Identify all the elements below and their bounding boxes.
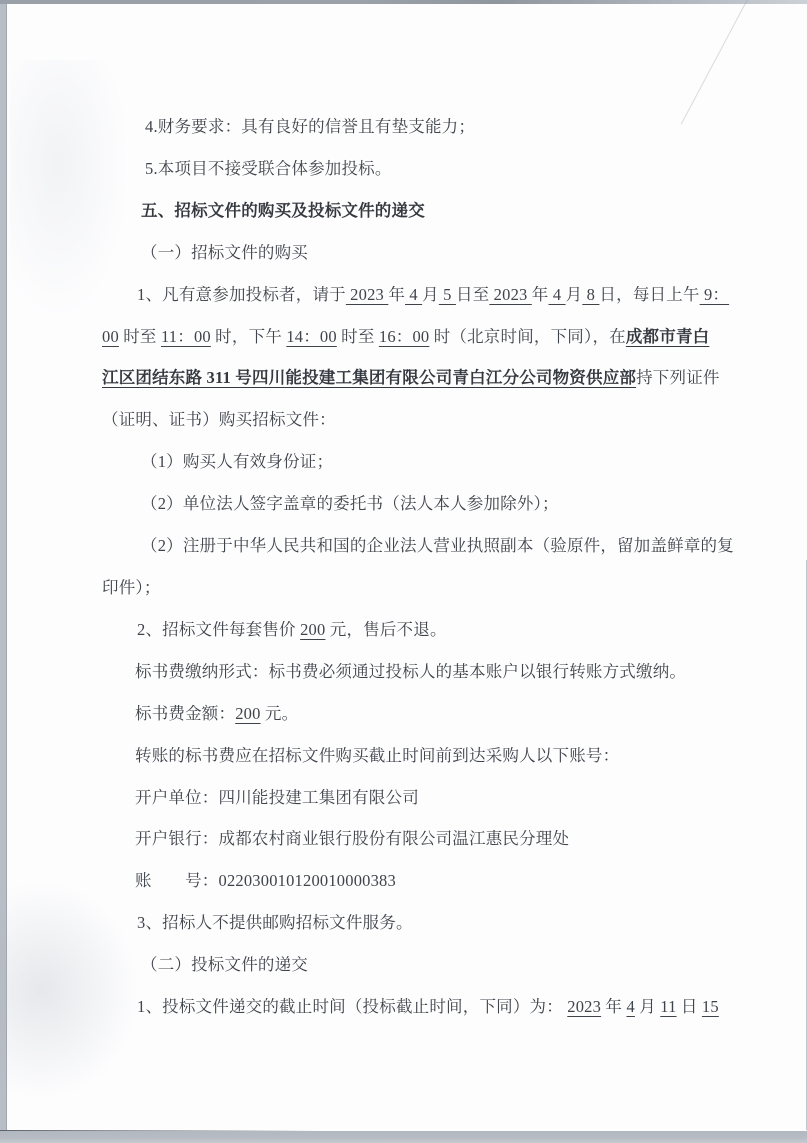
filled-blank: 200 <box>300 620 325 639</box>
text-run: （二）投标文件的递交 <box>141 955 308 974</box>
doc-line: 江区团结东路 311 号四川能投建工集团有限公司青白江分公司物资供应部持下列证件 <box>102 357 720 399</box>
doc-line: 开户银行：成都农村商业银行股份有限公司温江惠民分理处 <box>135 818 720 860</box>
doc-line: （二）投标文件的递交 <box>141 944 720 986</box>
scan-edge-top <box>0 0 807 4</box>
scanned-page: { "page": { "paper_color": "#fdfdfe", "s… <box>0 0 807 1143</box>
text-run: 时，下午 <box>211 327 286 346</box>
text-run: 1、凡有意参加投标者，请于 <box>137 285 346 304</box>
text-run: 年 <box>532 285 549 304</box>
doc-line: （证明、证书）购买招标文件： <box>102 399 720 441</box>
text-run: 账 号：022030010120010000383 <box>135 871 396 890</box>
document-body: 4.财务要求：具有良好的信誉且有垫支能力；5.本项目不接受联合体参加投标。五、招… <box>102 106 720 1028</box>
doc-line: （2）注册于中华人民共和国的企业法人营业执照副本（验原件，留加盖鲜章的复 <box>141 525 720 567</box>
text-run: （1）购买人有效身份证； <box>141 452 333 471</box>
text-run: 转账的标书费应在招标文件购买截止时间前到达采购人以下账号： <box>135 746 619 765</box>
text-run: 3、招标人不提供邮购招标文件服务。 <box>137 913 413 932</box>
text-run: 标书费缴纳形式：标书费必须通过投标人的基本账户以银行转账方式缴纳。 <box>135 662 686 681</box>
doc-line: 1、凡有意参加投标者，请于 2023 年 4 月 5 日至 2023 年 4 月… <box>137 274 720 316</box>
doc-line: 账 号：022030010120010000383 <box>135 860 720 902</box>
filled-blank: 16：00 <box>379 327 430 346</box>
text-run: 日至 <box>456 285 489 304</box>
text-run: 月 <box>635 997 660 1016</box>
text-run: 时（北京时间，下同），在 <box>429 327 625 346</box>
text-run: （证明、证书）购买招标文件： <box>102 410 336 429</box>
text-run: 年 <box>601 997 626 1016</box>
text-run: 元，售后不退。 <box>325 620 446 639</box>
text-run: 月 <box>422 285 439 304</box>
doc-line: 1、投标文件递交的截止时间（投标截止时间，下同）为： 2023 年 4 月 11… <box>137 986 720 1028</box>
doc-line: 五、招标文件的购买及投标文件的递交 <box>141 190 720 232</box>
text-run: 时至 <box>119 327 161 346</box>
text-run: （2）注册于中华人民共和国的企业法人营业执照副本（验原件，留加盖鲜章的复 <box>141 536 734 555</box>
filled-blank: 成都市青白 <box>626 327 710 346</box>
filled-blank: 200 <box>235 704 260 723</box>
filled-blank: 4 <box>405 285 422 304</box>
text-run: 持下列证件 <box>636 368 720 387</box>
doc-line: 开户单位：四川能投建工集团有限公司 <box>135 777 720 819</box>
filled-blank: 15 <box>702 997 719 1016</box>
filled-blank: 2023 <box>567 997 601 1016</box>
filled-blank: 2023 <box>489 285 531 304</box>
doc-line: （2）单位法人签字盖章的委托书（法人本人参加除外）； <box>141 483 720 525</box>
filled-blank: 9： <box>700 285 729 304</box>
text-run: 4.财务要求：具有良好的信誉且有垫支能力； <box>145 117 475 136</box>
doc-line: 3、招标人不提供邮购招标文件服务。 <box>137 902 720 944</box>
filled-blank: 8 <box>582 285 599 304</box>
doc-line: 标书费金额：200 元。 <box>135 693 720 735</box>
doc-line: 印件）； <box>102 567 720 609</box>
doc-line: 5.本项目不接受联合体参加投标。 <box>145 148 720 190</box>
doc-line: （一）招标文件的购买 <box>141 232 720 274</box>
filled-blank: 14：00 <box>286 327 337 346</box>
scan-edge-left <box>0 4 7 1130</box>
scan-edge-bottom <box>0 1131 807 1143</box>
doc-line: 转账的标书费应在招标文件购买截止时间前到达采购人以下账号： <box>135 735 720 777</box>
doc-line: 4.财务要求：具有良好的信誉且有垫支能力； <box>145 106 720 148</box>
text-run: 月 <box>566 285 583 304</box>
filled-blank: 11：00 <box>161 327 211 346</box>
filled-blank: 11 <box>660 997 676 1016</box>
filled-blank: 4 <box>549 285 566 304</box>
text-run: 年 <box>388 285 405 304</box>
text-run: 标书费金额： <box>135 704 235 723</box>
text-run: 1、投标文件递交的截止时间（投标截止时间，下同）为： <box>137 997 563 1016</box>
text-run: 5.本项目不接受联合体参加投标。 <box>145 159 392 178</box>
text-run: 开户银行：成都农村商业银行股份有限公司温江惠民分理处 <box>135 829 569 848</box>
filled-blank: 5 <box>439 285 456 304</box>
text-run: 日 <box>677 997 702 1016</box>
text-run: （一）招标文件的购买 <box>141 243 308 262</box>
text-run: 日，每日上午 <box>599 285 699 304</box>
filled-blank: 江区团结东路 311 号四川能投建工集团有限公司青白江分公司物资供应部 <box>102 368 636 387</box>
text-run: 时至 <box>337 327 379 346</box>
filled-blank: 4 <box>626 997 634 1016</box>
doc-line: 标书费缴纳形式：标书费必须通过投标人的基本账户以银行转账方式缴纳。 <box>135 651 720 693</box>
doc-line: （1）购买人有效身份证； <box>141 441 720 483</box>
filled-blank: 00 <box>102 327 119 346</box>
doc-line: 00 时至 11：00 时，下午 14：00 时至 16：00 时（北京时间，下… <box>102 316 720 358</box>
text-run: 元。 <box>261 704 299 723</box>
text-run: 印件）； <box>102 578 161 597</box>
filled-blank: 2023 <box>346 285 388 304</box>
doc-line: 2、招标文件每套售价 200 元，售后不退。 <box>137 609 720 651</box>
text-run: 开户单位：四川能投建工集团有限公司 <box>135 788 419 807</box>
text-run: 五、招标文件的购买及投标文件的递交 <box>141 201 425 220</box>
text-run: 2、招标文件每套售价 <box>137 620 300 639</box>
text-run: （2）单位法人签字盖章的委托书（法人本人参加除外）； <box>141 494 559 513</box>
